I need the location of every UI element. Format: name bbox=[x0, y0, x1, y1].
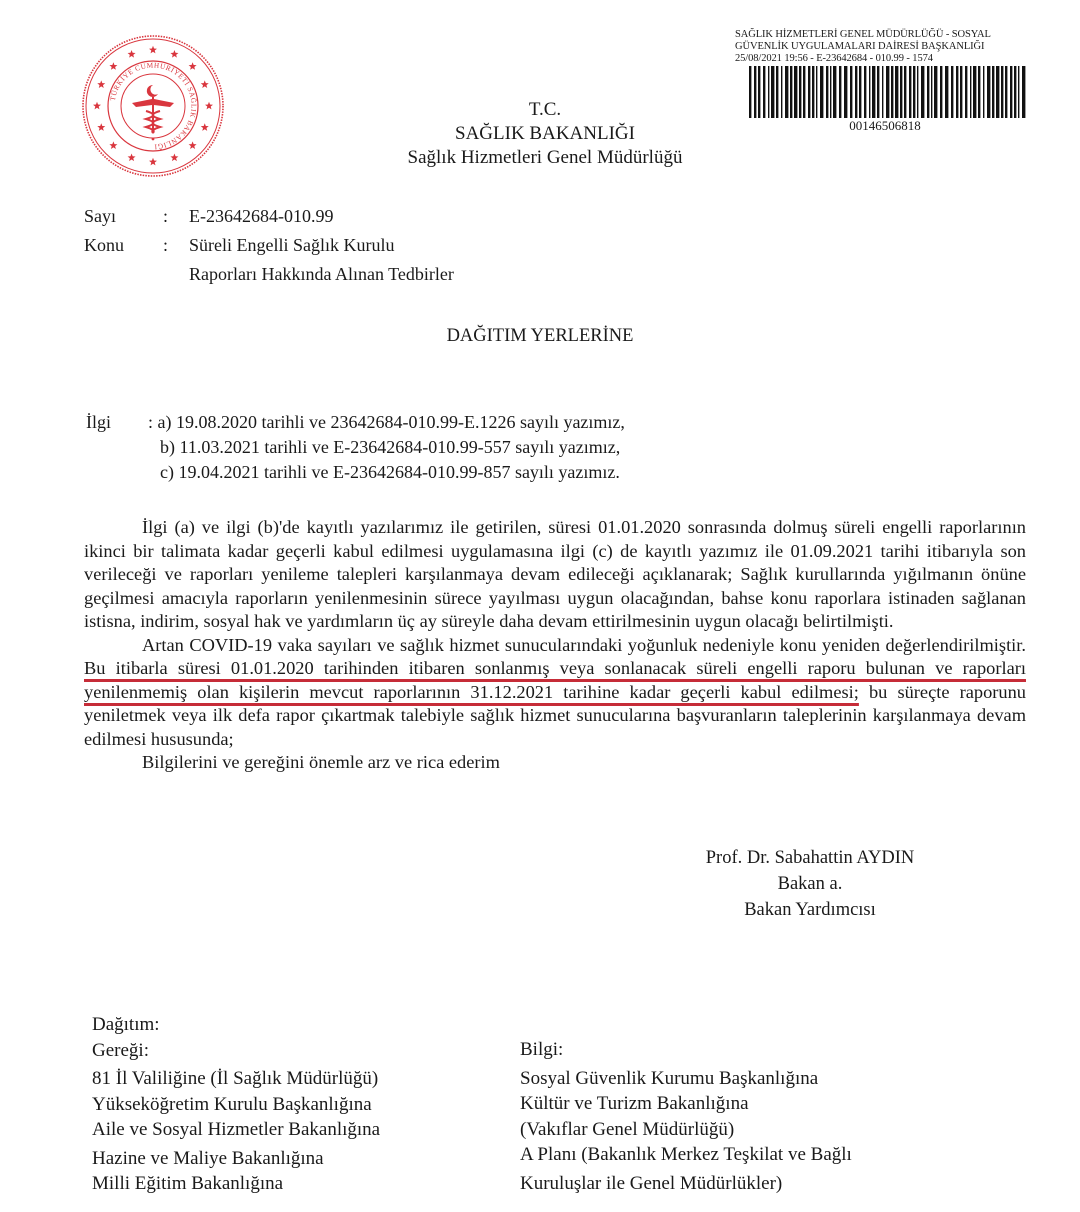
stamp-line-2: GÜVENLİK UYGULAMALARI DAİRESİ BAŞKANLIĞI bbox=[735, 41, 1045, 53]
sayi-value: E-23642684-010.99 bbox=[189, 206, 333, 227]
sayi-label: Sayı bbox=[84, 206, 116, 227]
letterhead: T.C. SAĞLIK BAKANLIĞI Sağlık Hizmetleri … bbox=[300, 98, 790, 170]
bilgi-item: Sosyal Güvenlik Kurumu Başkanlığına bbox=[520, 1066, 852, 1092]
gerekli-label: Gereği: bbox=[92, 1038, 380, 1064]
bilgi-label: Bilgi: bbox=[520, 1037, 852, 1063]
konu-value-line2: Raporları Hakkında Alınan Tedbirler bbox=[189, 264, 454, 285]
addressee-heading: DAĞITIM YERLERİNE bbox=[300, 326, 780, 347]
stamp-line-3: 25/08/2021 19:56 - E-23642684 - 010.99 -… bbox=[735, 53, 1045, 65]
ilgi-label: İlgi bbox=[86, 412, 111, 433]
letterhead-ministry: SAĞLIK BAKANLIĞI bbox=[300, 122, 790, 146]
distribution-gerekli: Dağıtım: Gereği: 81 İl Valiliğine (İl Sa… bbox=[92, 1012, 380, 1197]
stamp-line-1: SAĞLIK HİZMETLERİ GENEL MÜDÜRLÜĞÜ - SOSY… bbox=[735, 29, 1045, 41]
distribution-title: Dağıtım: bbox=[92, 1012, 380, 1038]
bilgi-item: Kültür ve Turizm Bakanlığına bbox=[520, 1091, 852, 1117]
ministry-seal-logo-icon: TÜRKİYE CUMHURİYETİ SAĞLIK BAKANLIĞI bbox=[80, 33, 226, 179]
body-paragraph-1: İlgi (a) ve ilgi (b)'de kayıtlı yazıları… bbox=[84, 516, 1026, 634]
letterhead-directorate: Sağlık Hizmetleri Genel Müdürlüğü bbox=[300, 146, 790, 170]
barcode-icon bbox=[749, 66, 1029, 118]
signatory-line2: Bakan a. bbox=[660, 871, 960, 897]
signature-block: Prof. Dr. Sabahattin AYDIN Bakan a. Baka… bbox=[660, 845, 960, 923]
konu-value-line1: Süreli Engelli Sağlık Kurulu bbox=[189, 235, 394, 256]
body-p2-intro: Artan COVID-19 vaka sayıları ve sağlık h… bbox=[142, 635, 1026, 655]
gerekli-item: 81 İl Valiliğine (İl Sağlık Müdürlüğü) bbox=[92, 1066, 380, 1092]
ilgi-item-c: c) 19.04.2021 tarihli ve E-23642684-010.… bbox=[160, 462, 620, 483]
body-paragraph-2: Artan COVID-19 vaka sayıları ve sağlık h… bbox=[84, 634, 1026, 752]
sayi-colon: : bbox=[163, 206, 168, 227]
letter-body: İlgi (a) ve ilgi (b)'de kayıtlı yazıları… bbox=[84, 516, 1026, 775]
ilgi-item-b: b) 11.03.2021 tarihli ve E-23642684-010.… bbox=[160, 437, 620, 458]
signatory-name: Prof. Dr. Sabahattin AYDIN bbox=[660, 845, 960, 871]
distribution-bilgi: Bilgi: Sosyal Güvenlik Kurumu Başkanlığı… bbox=[520, 1037, 852, 1196]
body-paragraph-closing: Bilgilerini ve gereğini önemle arz ve ri… bbox=[84, 751, 1026, 775]
gerekli-item: Aile ve Sosyal Hizmetler Bakanlığına bbox=[92, 1117, 380, 1143]
bilgi-item: Kuruluşlar ile Genel Müdürlükler) bbox=[520, 1171, 852, 1197]
gerekli-item: Milli Eğitim Bakanlığına bbox=[92, 1171, 380, 1197]
signatory-title: Bakan Yardımcısı bbox=[660, 897, 960, 923]
konu-colon: : bbox=[163, 235, 168, 256]
letterhead-tc: T.C. bbox=[300, 98, 790, 122]
bilgi-item: (Vakıflar Genel Müdürlüğü) bbox=[520, 1117, 852, 1143]
gerekli-item: Hazine ve Maliye Bakanlığına bbox=[92, 1146, 380, 1172]
gerekli-item: Yükseköğretim Kurulu Başkanlığına bbox=[92, 1092, 380, 1118]
bilgi-item: A Planı (Bakanlık Merkez Teşkilat ve Bağ… bbox=[520, 1142, 852, 1168]
konu-label: Konu bbox=[84, 235, 124, 256]
ilgi-item-a: : a) 19.08.2020 tarihli ve 23642684-010.… bbox=[148, 412, 625, 433]
